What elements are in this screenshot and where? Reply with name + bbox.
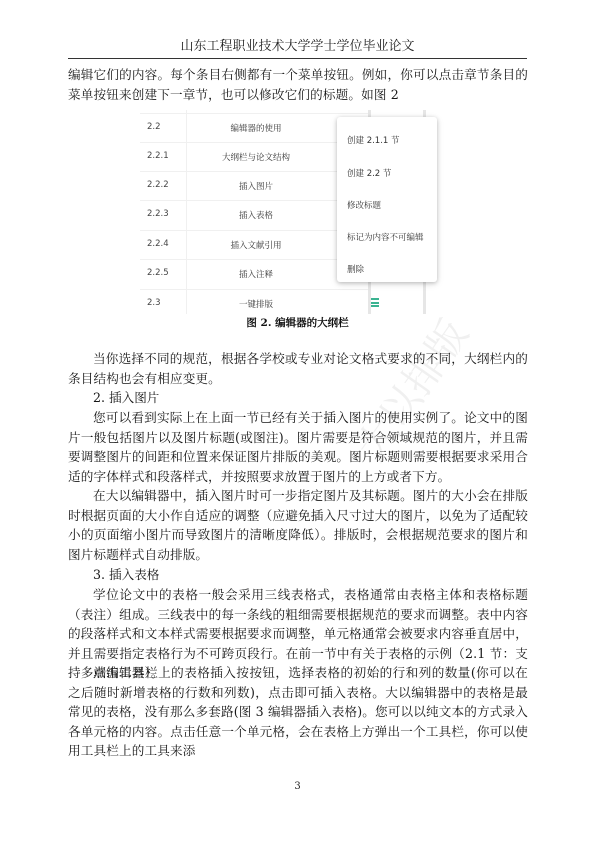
- outline-row[interactable]: 2.2 编辑器的使用: [140, 113, 370, 143]
- running-header: 山东工程职业技术大学学士学位毕业论文: [68, 38, 527, 58]
- paragraph-table-2: 点击工具栏上的表格插入按按钮，选择表格的初始的行和列的数量(你可以在之后随时新增…: [68, 663, 528, 761]
- outline-title: 插入注释: [186, 268, 326, 280]
- outline-number: 2.2.4: [147, 239, 169, 249]
- outline-row[interactable]: 2.2.3 插入表格: [140, 200, 370, 230]
- outline-number: 2.2.5: [147, 268, 169, 278]
- figure-caption: 图 2. 编辑器的大纲栏: [0, 315, 595, 330]
- outline-title: 一键排版: [186, 298, 326, 310]
- outline-row[interactable]: 2.2.4 插入文献引用: [140, 230, 370, 260]
- outline-title: 插入表格: [186, 209, 326, 221]
- menu-item-create-section[interactable]: 创建 2.2 节: [347, 167, 391, 179]
- outline-row[interactable]: 2.2.1 大纲栏与论文结构: [140, 142, 370, 172]
- menu-item-create-subsection[interactable]: 创建 2.1.1 节: [347, 134, 400, 146]
- paragraph-image-1: 您可以看到实际上在上面一节已经有关于插入图片的使用实例了。论文中的图片一般包括图…: [68, 408, 528, 486]
- outline-number: 2.2.3: [147, 209, 169, 219]
- outline-title: 大纲栏与论文结构: [186, 151, 326, 163]
- menu-item-rename[interactable]: 修改标题: [347, 199, 381, 211]
- outline-number: 2.2.2: [147, 180, 169, 190]
- section-heading-insert-image: 2. 插入图片: [93, 388, 159, 408]
- outline-row[interactable]: 2.2.5 插入注释: [140, 259, 370, 289]
- outline-title: 编辑器的使用: [186, 122, 326, 134]
- paragraph-outline-note: 当你选择不同的规范，根据各学校或专业对论文格式要求的不同，大纲栏内的条目结构也会…: [68, 349, 528, 388]
- outline-number: 2.2.1: [147, 151, 169, 161]
- outline-row[interactable]: 2.3 一键排版: [140, 289, 370, 314]
- context-menu: 创建 2.1.1 节 创建 2.2 节 修改标题 标记为内容不可编辑 删除: [337, 117, 437, 282]
- outline-title: 插入图片: [186, 180, 326, 192]
- menu-item-delete[interactable]: 删除: [347, 263, 364, 275]
- header-rule: [68, 58, 527, 59]
- section-heading-insert-table: 3. 插入表格: [93, 565, 159, 585]
- menu-item-lock[interactable]: 标记为内容不可编辑: [347, 231, 424, 243]
- figure-outline-panel: 2.2 编辑器的使用 2.2.1 大纲栏与论文结构 2.2.2 插入图片 2.2…: [140, 110, 462, 314]
- outline-number: 2.2: [147, 122, 161, 132]
- outline-title: 插入文献引用: [186, 239, 326, 251]
- page-number: 3: [0, 781, 595, 792]
- outline-row[interactable]: 2.2.2 插入图片: [140, 171, 370, 201]
- outline-number: 2.3: [147, 298, 161, 308]
- paragraph-image-2: 在大以编辑器中，插入图片时可一步指定图片及其标题。图片的大小会在排版时根据页面的…: [68, 486, 528, 564]
- paragraph-intro: 编辑它们的内容。每个条目右侧都有一个菜单按钮。例如，你可以点击章节条目的菜单按钮…: [68, 65, 528, 104]
